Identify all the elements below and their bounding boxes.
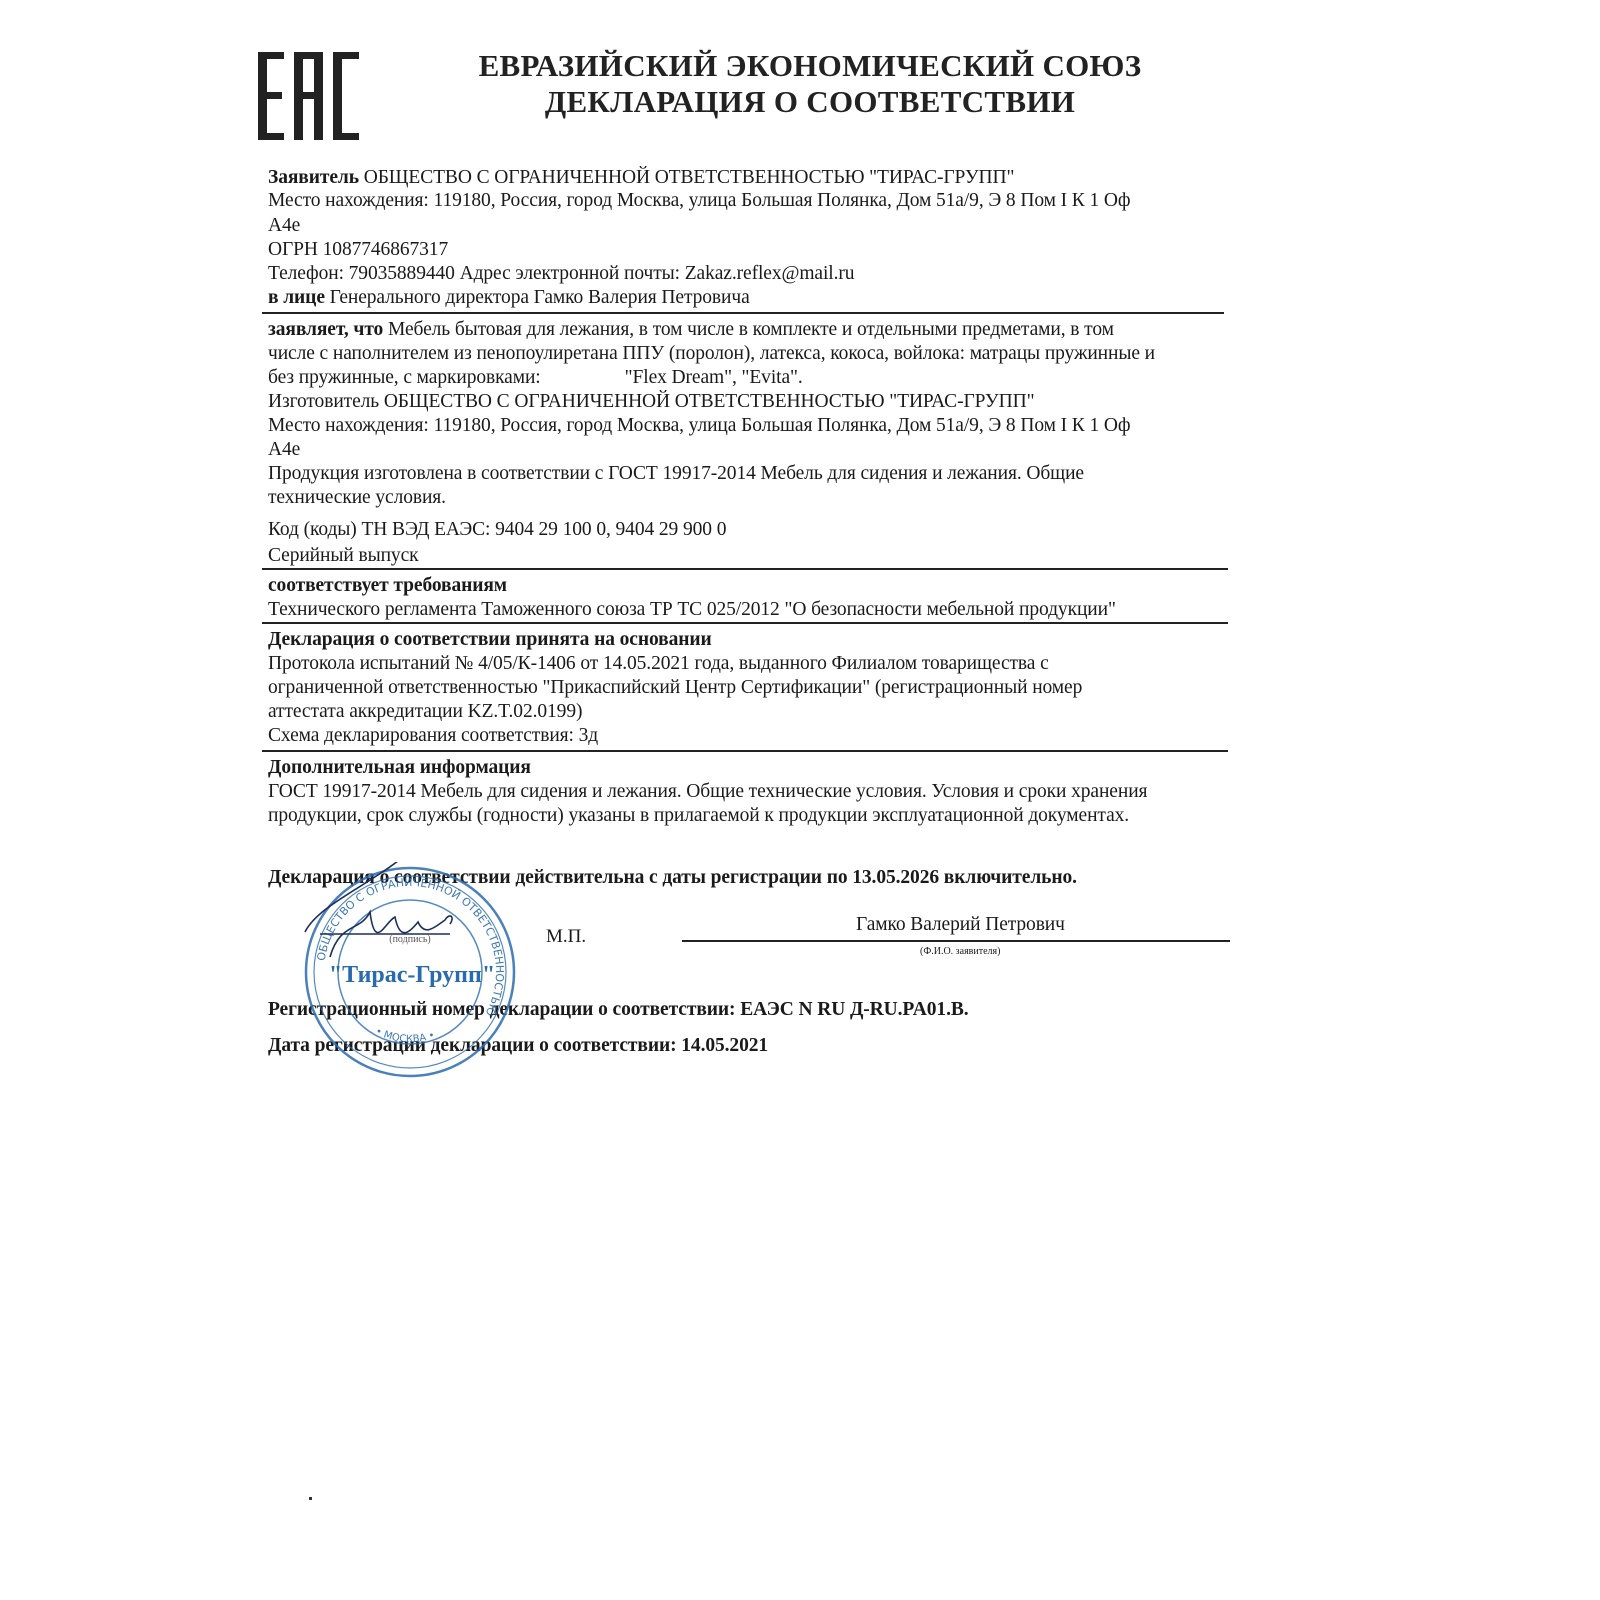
additional-line1: ГОСТ 19917-2014 Мебель для сидения и леж… — [268, 780, 1147, 804]
svg-text:• МОСКВА •: • МОСКВА • — [373, 1026, 436, 1045]
divider — [262, 312, 1224, 314]
declares-label: заявляет, что — [268, 319, 383, 340]
manufacturer-address-cont: А4е — [268, 438, 300, 462]
applicant-ogrn: ОГРН 1087746867317 — [268, 238, 448, 262]
signature-caption: (подпись) — [389, 934, 431, 945]
seal-place-label: М.П. — [546, 926, 586, 948]
product-markings: "Flex Dream", "Evita". — [625, 367, 803, 388]
document-title: ДЕКЛАРАЦИЯ О СООТВЕТСТВИИ — [440, 84, 1180, 120]
standard: Продукция изготовлена в соответствии с Г… — [268, 462, 1084, 486]
manufacturer: Изготовитель ОБЩЕСТВО С ОГРАНИЧЕННОЙ ОТВ… — [268, 390, 1034, 414]
markings-prefix: без пружинные, с маркировками: — [268, 367, 541, 388]
applicant-contacts: Телефон: 79035889440 Адрес электронной п… — [268, 262, 854, 286]
company-seal-stamp: ОБЩЕСТВО С ОГРАНИЧЕННОЙ ОТВЕТСТВЕННОСТЬЮ… — [300, 862, 520, 1082]
basis-line1: Протокола испытаний № 4/05/К-1406 от 14.… — [268, 652, 1049, 676]
declares-line: заявляет, что Мебель бытовая для лежания… — [268, 318, 1114, 342]
divider — [262, 568, 1228, 570]
product-markings-line: без пружинные, с маркировками:"Flex Drea… — [268, 366, 803, 390]
signer-caption: (Ф.И.О. заявителя) — [920, 946, 1000, 957]
divider — [262, 750, 1228, 752]
manufacturer-address: Место нахождения: 119180, Россия, город … — [268, 414, 1130, 438]
represented-label: в лице — [268, 287, 325, 308]
applicant-label: Заявитель — [268, 167, 359, 188]
signer-underline — [682, 940, 1230, 942]
eac-mark-icon — [258, 52, 360, 142]
represented-by-line: в лице Генерального директора Гамко Вале… — [268, 286, 750, 310]
product-description-cont: числе с наполнителем из пенопоулиретана … — [268, 342, 1155, 366]
applicant-address: Место нахождения: 119180, Россия, город … — [268, 189, 1130, 213]
union-title: ЕВРАЗИЙСКИЙ ЭКОНОМИЧЕСКИЙ СОЮЗ — [440, 48, 1180, 84]
release-type: Серийный выпуск — [268, 544, 419, 568]
requirements-text: Технического регламента Таможенного союз… — [268, 598, 1116, 622]
divider — [262, 622, 1228, 624]
basis-line3: аттестата аккредитации KZ.T.02.0199) — [268, 700, 582, 724]
requirements-label: соответствует требованиям — [268, 574, 507, 598]
standard-cont: технические условия. — [268, 486, 446, 510]
stamp-city-text: • МОСКВА • — [373, 1026, 436, 1045]
additional-line2: продукции, срок службы (годности) указан… — [268, 804, 1129, 828]
applicant-name: ОБЩЕСТВО С ОГРАНИЧЕННОЙ ОТВЕТСТВЕННОСТЬЮ… — [359, 167, 1014, 188]
represented-by: Генерального директора Гамко Валерия Пет… — [325, 287, 750, 308]
applicant-line: Заявитель ОБЩЕСТВО С ОГРАНИЧЕННОЙ ОТВЕТС… — [268, 166, 1014, 190]
declaration-scheme: Схема декларирования соответствия: 3д — [268, 724, 598, 748]
basis-line2: ограниченной ответственностью "Прикаспий… — [268, 676, 1082, 700]
declaration-document: ЕВРАЗИЙСКИЙ ЭКОНОМИЧЕСКИЙ СОЮЗ ДЕКЛАРАЦИ… — [0, 0, 1600, 1600]
signer-name: Гамко Валерий Петрович — [856, 913, 1065, 937]
basis-label: Декларация о соответствии принята на осн… — [268, 628, 712, 652]
stamp-center-text: "Тирас-Групп" — [329, 962, 495, 988]
scan-speck — [309, 1497, 312, 1500]
additional-label: Дополнительная информация — [268, 756, 531, 780]
applicant-address-cont: А4е — [268, 214, 300, 238]
tnved-codes: Код (коды) ТН ВЭД ЕАЭС: 9404 29 100 0, 9… — [268, 518, 726, 542]
product-description: Мебель бытовая для лежания, в том числе … — [383, 319, 1114, 340]
